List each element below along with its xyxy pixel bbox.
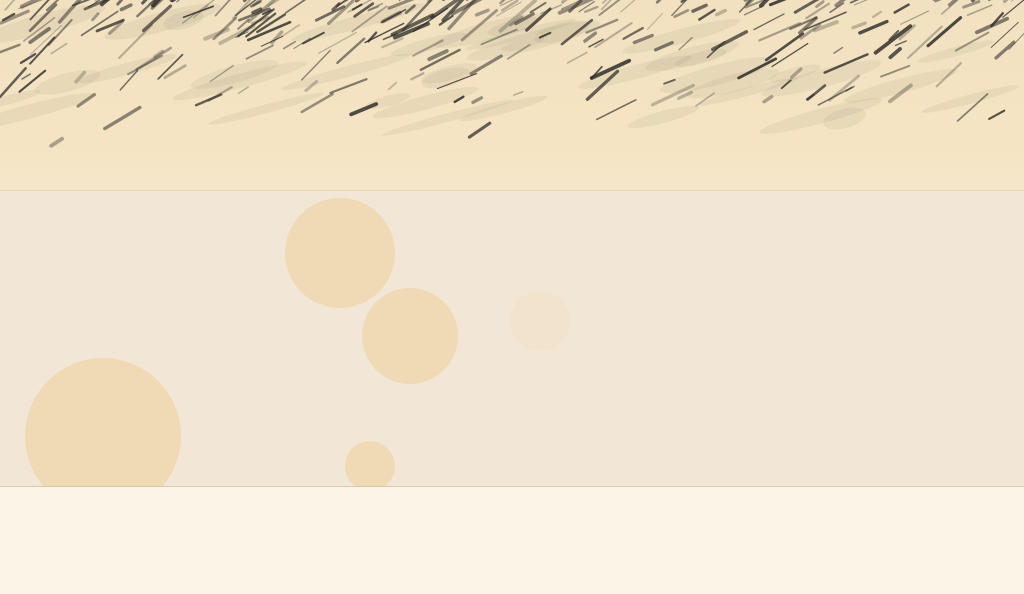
- mount-board: [0, 486, 1024, 594]
- foxing-stains: [0, 191, 1024, 487]
- hatching-strokes: [0, 0, 1024, 190]
- paper-margin: [0, 190, 1024, 487]
- crayon-drawing-area: [0, 0, 1024, 190]
